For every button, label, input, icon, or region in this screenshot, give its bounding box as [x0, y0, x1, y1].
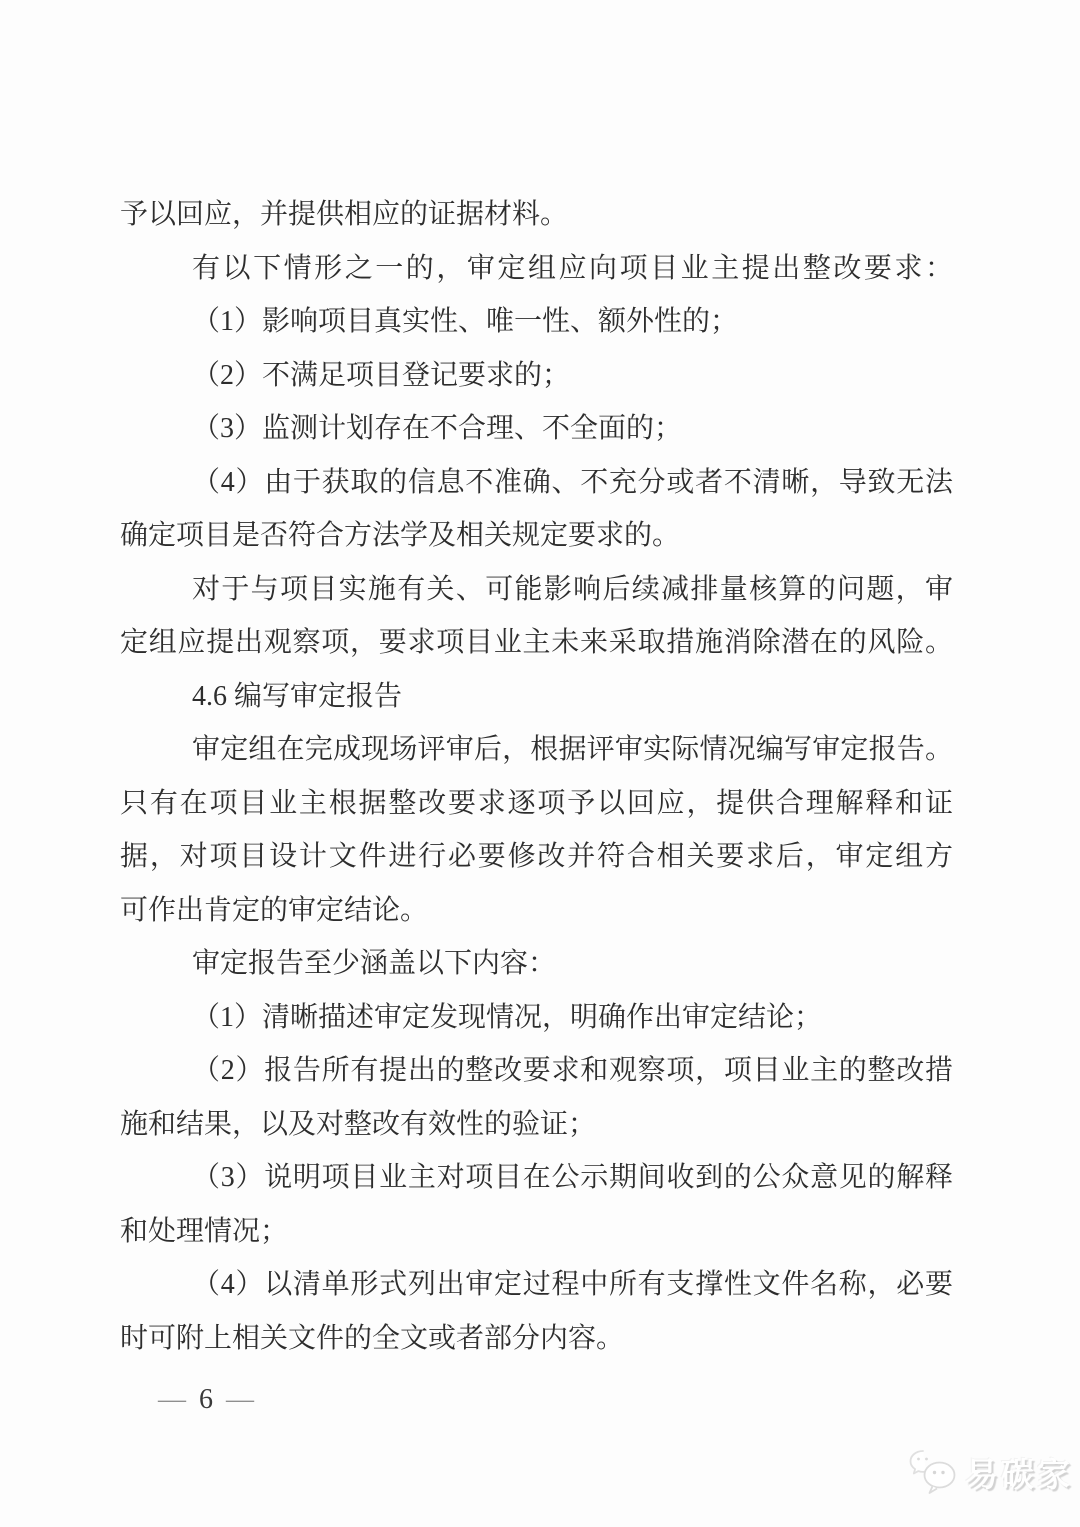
paragraph: （1）影响项目真实性、唯一性、额外性的； — [120, 295, 953, 349]
paragraph: （4）以清单形式列出审定过程中所有支撑性文件名称，必要时可附上相关文件的全文或者… — [120, 1258, 953, 1365]
document-line: 据，对项目设计文件进行必要修改并符合相关要求后，审定组方 — [120, 830, 953, 884]
document-line: 对于与项目实施有关、可能影响后续减排量核算的问题，审 — [120, 563, 953, 617]
document-line: 予以回应，并提供相应的证据材料。 — [120, 188, 953, 242]
document-line: （1）影响项目真实性、唯一性、额外性的； — [120, 295, 953, 349]
document-line: 只有在项目业主根据整改要求逐项予以回应，提供合理解释和证 — [120, 777, 953, 831]
document-page: 予以回应，并提供相应的证据材料。有以下情形之一的，审定组应向项目业主提出整改要求… — [0, 0, 1080, 1527]
document-line: （1）清晰描述审定发现情况，明确作出审定结论； — [120, 991, 953, 1045]
document-line: （3）说明项目业主对项目在公示期间收到的公众意见的解释 — [120, 1151, 953, 1205]
document-line: （2）不满足项目登记要求的； — [120, 349, 953, 403]
document-line: 确定项目是否符合方法学及相关规定要求的。 — [120, 509, 953, 563]
document-line: （4）由于获取的信息不准确、不充分或者不清晰，导致无法 — [120, 456, 953, 510]
paragraph: （2）报告所有提出的整改要求和观察项，项目业主的整改措施和结果，以及对整改有效性… — [120, 1044, 953, 1151]
document-line: 和处理情况； — [120, 1205, 953, 1259]
document-body: 予以回应，并提供相应的证据材料。有以下情形之一的，审定组应向项目业主提出整改要求… — [120, 188, 953, 1365]
paragraph: 对于与项目实施有关、可能影响后续减排量核算的问题，审定组应提出观察项，要求项目业… — [120, 563, 953, 670]
footer-dash-left: — — [158, 1384, 186, 1416]
paragraph: （2）不满足项目登记要求的； — [120, 349, 953, 403]
paragraph: （3）说明项目业主对项目在公示期间收到的公众意见的解释和处理情况； — [120, 1151, 953, 1258]
document-line: 审定报告至少涵盖以下内容： — [120, 937, 953, 991]
paragraph: 审定报告至少涵盖以下内容： — [120, 937, 953, 991]
watermark-label: 易碳家 — [965, 1449, 1073, 1496]
page-number: 6 — [199, 1384, 213, 1416]
section-heading: 4.6 编写审定报告 — [120, 670, 953, 724]
watermark: 易碳家 — [908, 1448, 1073, 1496]
document-line: 时可附上相关文件的全文或者部分内容。 — [120, 1312, 953, 1366]
paragraph: （1）清晰描述审定发现情况，明确作出审定结论； — [120, 991, 953, 1045]
paragraph: 有以下情形之一的，审定组应向项目业主提出整改要求： — [120, 242, 953, 296]
document-line: （2）报告所有提出的整改要求和观察项，项目业主的整改措 — [120, 1044, 953, 1098]
paragraph: （3）监测计划存在不合理、不全面的； — [120, 402, 953, 456]
paragraph: 予以回应，并提供相应的证据材料。 — [120, 188, 953, 242]
footer-dash-right: — — [226, 1384, 254, 1416]
document-line: 定组应提出观察项，要求项目业主未来采取措施消除潜在的风险。 — [120, 616, 953, 670]
document-line: 4.6 编写审定报告 — [120, 670, 953, 724]
paragraph: （4）由于获取的信息不准确、不充分或者不清晰，导致无法确定项目是否符合方法学及相… — [120, 456, 953, 563]
document-line: （3）监测计划存在不合理、不全面的； — [120, 402, 953, 456]
document-line: 有以下情形之一的，审定组应向项目业主提出整改要求： — [120, 242, 953, 296]
document-line: 施和结果，以及对整改有效性的验证； — [120, 1098, 953, 1152]
wechat-icon — [908, 1448, 958, 1496]
page-footer: — 6 — — [158, 1384, 254, 1416]
document-line: 可作出肯定的审定结论。 — [120, 884, 953, 938]
paragraph: 审定组在完成现场评审后，根据评审实际情况编写审定报告。只有在项目业主根据整改要求… — [120, 723, 953, 937]
document-line: （4）以清单形式列出审定过程中所有支撑性文件名称，必要 — [120, 1258, 953, 1312]
document-line: 审定组在完成现场评审后，根据评审实际情况编写审定报告。 — [120, 723, 953, 777]
